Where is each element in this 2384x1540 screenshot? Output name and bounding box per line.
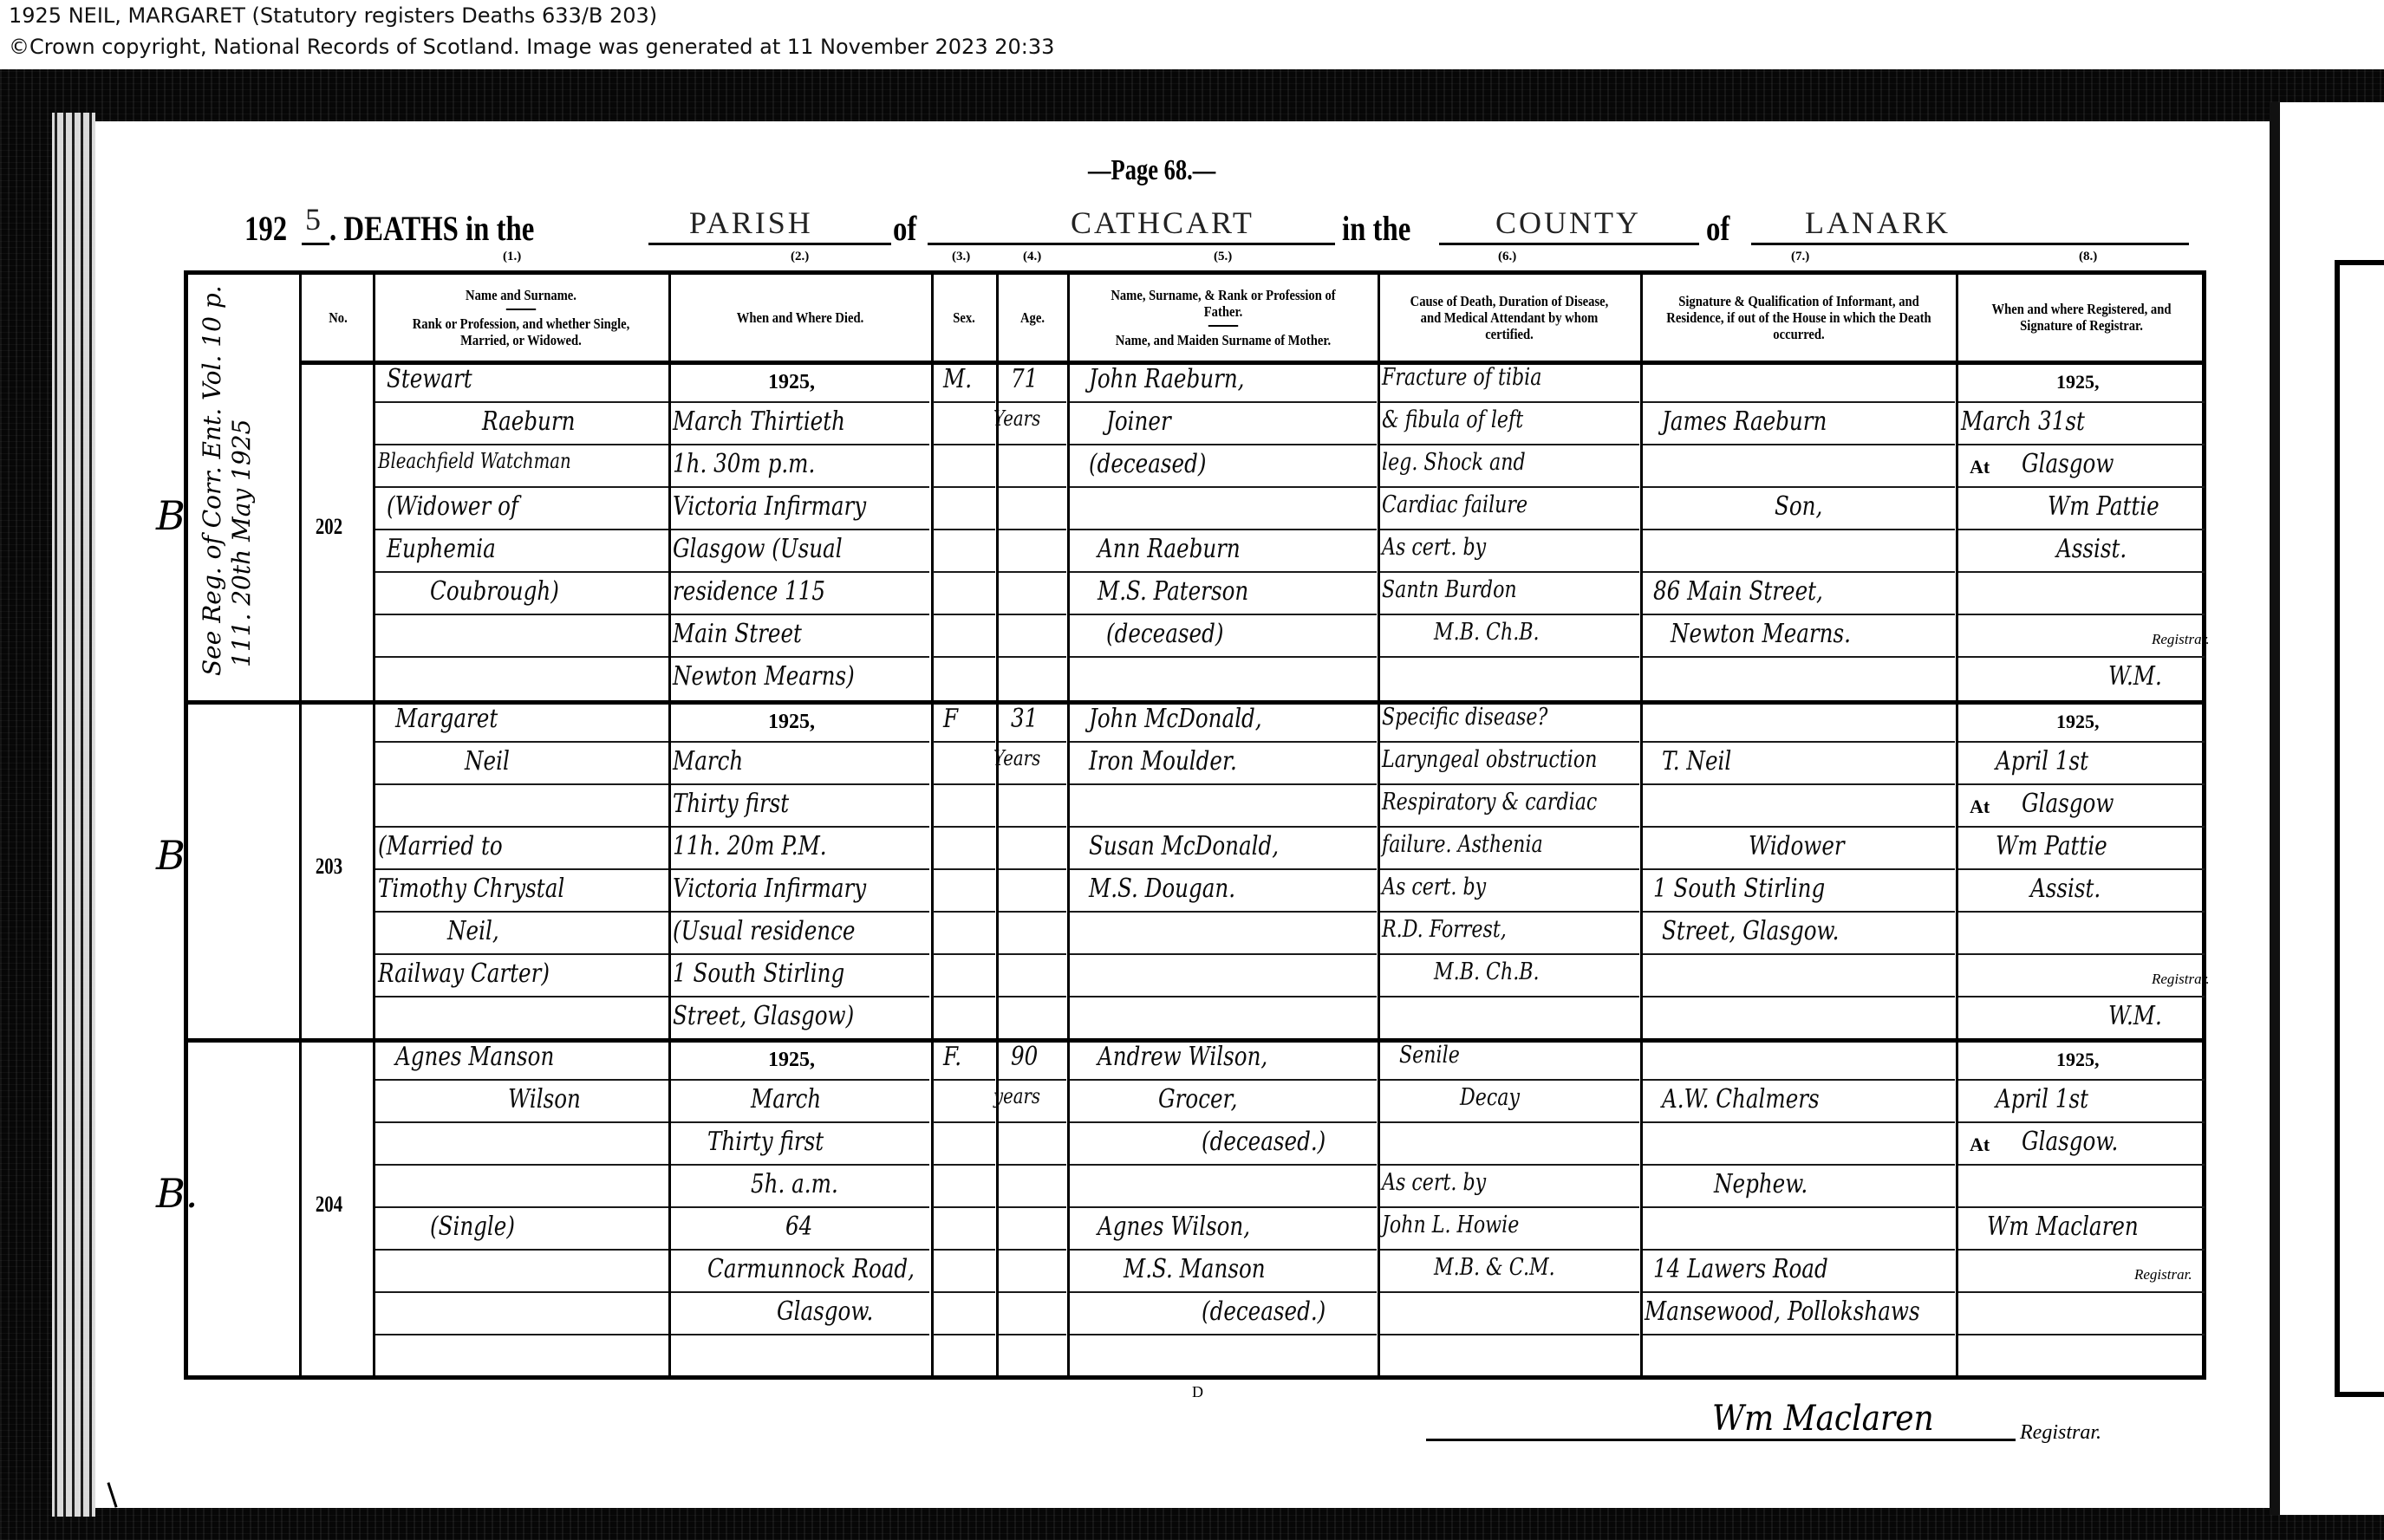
- col-divider: [931, 270, 934, 1380]
- registration-line: Registrar.: [2152, 631, 2210, 648]
- ruled-line: [999, 1079, 1066, 1081]
- header-cause: Cause of Death, Duration of Disease, and…: [1400, 276, 1619, 359]
- ruled-line: [1958, 1334, 2205, 1335]
- deceased-name-line: (Widower of: [387, 491, 518, 522]
- ruled-line: [375, 1121, 668, 1123]
- col-divider: [373, 270, 375, 1380]
- ruled-line: [1380, 783, 1639, 785]
- ruled-line: [933, 486, 995, 488]
- ruled-line: [933, 868, 995, 870]
- ruled-line: [1958, 741, 2205, 743]
- father-line: (deceased.): [1202, 1127, 1326, 1157]
- ruled-line: [1643, 911, 1955, 913]
- ruled-line: [1643, 953, 1955, 955]
- ruled-line: [1643, 486, 1955, 488]
- ruled-line: [999, 529, 1066, 530]
- ruled-line: [933, 911, 995, 913]
- column-number-4: (4.): [1023, 250, 1041, 264]
- ruled-line: [1070, 1164, 1377, 1166]
- ruled-line: [1380, 741, 1639, 743]
- ruled-line: [1070, 486, 1377, 488]
- informant-line: Son,: [1775, 491, 1822, 522]
- ruled-line: [933, 1121, 995, 1123]
- deceased-name-line: Neil: [465, 746, 510, 776]
- ruled-line: [999, 783, 1066, 785]
- father-line: (deceased): [1089, 449, 1206, 479]
- cause-of-death-line: Laryngeal obstruction: [1382, 746, 1597, 773]
- ruled-line: [671, 911, 929, 913]
- ruled-line: [1643, 1291, 1955, 1293]
- ruled-line: [1070, 444, 1377, 445]
- ruled-line: [1380, 868, 1639, 870]
- ruled-line: [671, 826, 929, 828]
- ruled-line: [999, 1164, 1066, 1166]
- ruled-line: [1958, 826, 2205, 828]
- mother-line: M.S. Manson: [1124, 1254, 1266, 1284]
- ruled-line: [1070, 614, 1377, 615]
- ruled-line: [1643, 529, 1955, 530]
- cause-of-death-line: Senile: [1399, 1042, 1460, 1069]
- district-type-underline: [648, 243, 891, 245]
- column-number-5: (5.): [1214, 250, 1232, 264]
- ruled-line: [1958, 571, 2205, 573]
- when-where-line: Thirty first: [673, 789, 789, 819]
- mother-line: Susan McDonald,: [1089, 831, 1279, 861]
- father-line: John Raeburn,: [1089, 364, 1245, 394]
- header-registered: When and where Registered, and Signature…: [1977, 276, 2185, 359]
- when-where-line: March Thirtieth: [673, 406, 845, 437]
- col-divider: [1640, 270, 1643, 1380]
- deceased-name-line: Margaret: [395, 704, 498, 734]
- signature-line: [1426, 1439, 2016, 1441]
- cause-of-death-line: R.D. Forrest,: [1382, 916, 1507, 943]
- ruled-line: [1643, 868, 1955, 870]
- column-number-8: (8.): [2079, 250, 2097, 264]
- district-name: CATHCART: [1071, 205, 1254, 241]
- mother-line: M.S. Paterson: [1098, 576, 1248, 607]
- col-divider: [1067, 270, 1070, 1380]
- ruled-line: [1643, 1206, 1955, 1208]
- ruled-line: [1643, 1164, 1955, 1166]
- registration-line: Glasgow: [2022, 449, 2114, 479]
- ruled-line: [1958, 1206, 2205, 1208]
- when-where-line: 1925,: [768, 371, 815, 394]
- ruled-line: [1380, 444, 1639, 445]
- informant-line: T. Neil: [1662, 746, 1731, 776]
- ruled-line: [1958, 614, 2205, 615]
- cause-of-death-line: As cert. by: [1382, 874, 1486, 900]
- when-where-line: 11h. 20m P.M.: [673, 831, 827, 861]
- ruled-line: [933, 996, 995, 997]
- ruled-line: [933, 1291, 995, 1293]
- ruled-line: [671, 1121, 929, 1123]
- ruled-line: [1380, 1121, 1639, 1123]
- ruled-line: [375, 571, 668, 573]
- registration-line: 1925,: [2056, 371, 2100, 393]
- age-unit: Years: [993, 406, 1040, 431]
- binding-edge: [52, 113, 95, 1517]
- header-name: Name and Surname.Rank or Profession, and…: [398, 276, 644, 359]
- informant-line: Mansewood, Pollokshaws: [1645, 1296, 1920, 1327]
- ruled-line: [1070, 656, 1377, 658]
- when-where-line: Newton Mearns): [673, 661, 855, 692]
- ruled-line: [1070, 741, 1377, 743]
- ruled-line: [671, 571, 929, 573]
- when-where-line: 1925,: [768, 711, 815, 734]
- margin-initial-mark: B: [156, 492, 186, 539]
- column-number-6: (6.): [1498, 250, 1516, 264]
- cause-of-death-line: Decay: [1460, 1084, 1520, 1111]
- ruled-line: [671, 614, 929, 615]
- ruled-line: [1958, 1291, 2205, 1293]
- ruled-line: [1958, 529, 2205, 530]
- ruled-line: [1380, 1334, 1639, 1335]
- deceased-name-line: Coubrough): [430, 576, 559, 607]
- age-value: 90: [1011, 1042, 1038, 1072]
- heading-of-2: of: [1706, 208, 1729, 249]
- informant-line: 86 Main Street,: [1653, 576, 1823, 607]
- ruled-line: [1070, 911, 1377, 913]
- ruled-line: [375, 444, 668, 445]
- ruled-line: [671, 444, 929, 445]
- ruled-line: [1643, 783, 1955, 785]
- registration-line: Assist.: [2030, 874, 2101, 904]
- header-age: Age.: [1005, 276, 1060, 359]
- ruled-line: [999, 1249, 1066, 1251]
- ruled-line: [999, 571, 1066, 573]
- deceased-name-line: Agnes Manson: [395, 1042, 554, 1072]
- deceased-name-line: (Single): [430, 1212, 515, 1242]
- ruled-line: [1070, 401, 1377, 403]
- ruled-line: [1070, 571, 1377, 573]
- ruled-line: [1958, 444, 2205, 445]
- registration-line: At: [1970, 796, 1990, 818]
- sex-value: F: [943, 704, 958, 734]
- ruled-line: [375, 486, 668, 488]
- ruled-line: [933, 1249, 995, 1251]
- father-line: Grocer,: [1158, 1084, 1237, 1114]
- cause-of-death-line: Respiratory & cardiac: [1382, 789, 1597, 815]
- cause-of-death-line: Specific disease?: [1382, 704, 1547, 731]
- ruled-line: [375, 1249, 668, 1251]
- ruled-line: [1070, 868, 1377, 870]
- heading-deaths: . DEATHS in the: [329, 208, 534, 249]
- ruled-line: [375, 1206, 668, 1208]
- year-prefix: 192: [244, 208, 287, 249]
- deceased-name-line: Wilson: [508, 1084, 581, 1114]
- deceased-name-line: (Married to: [378, 831, 503, 861]
- ruled-line: [375, 401, 668, 403]
- ruled-line: [1643, 741, 1955, 743]
- ruled-line: [671, 401, 929, 403]
- informant-line: 14 Lawers Road: [1653, 1254, 1828, 1284]
- registration-line: Wm Maclaren: [1987, 1212, 2139, 1242]
- ruled-line: [1958, 656, 2205, 658]
- cause-of-death-line: failure. Asthenia: [1382, 831, 1543, 858]
- ruled-line: [671, 529, 929, 530]
- informant-line: A.W. Chalmers: [1662, 1084, 1820, 1114]
- registration-line: April 1st: [1996, 746, 2088, 776]
- ruled-line: [375, 1079, 668, 1081]
- when-where-line: (Usual residence: [673, 916, 855, 946]
- ruled-line: [1643, 444, 1955, 445]
- county-type-underline: [1439, 243, 1699, 245]
- column-number-1: (1.): [503, 250, 521, 264]
- when-where-line: Victoria Infirmary: [673, 491, 866, 522]
- col-divider: [1956, 270, 1958, 1380]
- col-divider: [996, 270, 999, 1380]
- ruled-line: [1958, 1249, 2205, 1251]
- district-name-underline: [928, 243, 1335, 245]
- ruled-line: [375, 826, 668, 828]
- age-value: 31: [1011, 704, 1038, 734]
- ruled-line: [933, 444, 995, 445]
- ruled-line: [1958, 1121, 2205, 1123]
- copyright-notice: ©Crown copyright, National Records of Sc…: [9, 35, 1054, 59]
- ruled-line: [671, 953, 929, 955]
- ruled-line: [1380, 656, 1639, 658]
- ruled-line: [1643, 1121, 1955, 1123]
- father-line: Joiner: [1106, 406, 1171, 437]
- ruled-line: [1643, 1249, 1955, 1251]
- district-type: PARISH: [689, 205, 813, 241]
- ruled-line: [1380, 953, 1639, 955]
- ruled-line: [1958, 868, 2205, 870]
- ruled-line: [933, 1334, 995, 1335]
- ruled-line: [1070, 953, 1377, 955]
- ruled-line: [1643, 826, 1955, 828]
- ruled-line: [671, 1206, 929, 1208]
- ruled-line: [1643, 571, 1955, 573]
- ruled-line: [999, 911, 1066, 913]
- ruled-line: [1958, 953, 2205, 955]
- father-line: Andrew Wilson,: [1098, 1042, 1267, 1072]
- ruled-line: [671, 1291, 929, 1293]
- mother-line: M.S. Dougan.: [1089, 874, 1235, 904]
- ruled-line: [375, 529, 668, 530]
- when-where-line: 64: [785, 1212, 812, 1242]
- cause-of-death-line: M.B. Ch.B.: [1434, 958, 1540, 985]
- header-when-where: When and Where Died.: [691, 276, 910, 359]
- ruled-line: [671, 996, 929, 997]
- registration-line: March 31st: [1961, 406, 2085, 437]
- ruled-line: [1380, 911, 1639, 913]
- informant-line: James Raeburn: [1662, 406, 1827, 437]
- deceased-name-line: Railway Carter): [378, 958, 550, 989]
- ruled-line: [1380, 571, 1639, 573]
- registration-line: April 1st: [1996, 1084, 2088, 1114]
- cause-of-death-line: As cert. by: [1382, 1169, 1486, 1196]
- ruled-line: [1070, 1206, 1377, 1208]
- ruled-line: [999, 1334, 1066, 1335]
- margin-initial-mark: B.: [156, 1170, 198, 1217]
- ruled-line: [999, 741, 1066, 743]
- ruled-line: [999, 1206, 1066, 1208]
- cause-of-death-line: & fibula of left: [1382, 406, 1523, 433]
- record-number: 203: [316, 854, 342, 880]
- ruled-line: [999, 486, 1066, 488]
- header-sex: Sex.: [939, 276, 989, 359]
- when-where-line: Main Street: [673, 619, 802, 649]
- informant-line: Newton Mearns.: [1671, 619, 1851, 649]
- informant-line: Widower: [1749, 831, 1845, 861]
- ruled-line: [1380, 401, 1639, 403]
- ruled-line: [933, 614, 995, 615]
- ruled-line: [999, 614, 1066, 615]
- ruled-line: [1958, 1164, 2205, 1166]
- cause-of-death-line: M.B. & C.M.: [1434, 1254, 1555, 1281]
- ruled-line: [999, 868, 1066, 870]
- ruled-line: [933, 1206, 995, 1208]
- record-number: 202: [316, 514, 342, 540]
- ruled-line: [375, 614, 668, 615]
- registration-line: 1925,: [2056, 711, 2100, 733]
- year-suffix: 5: [305, 201, 323, 237]
- registration-line: W.M.: [2108, 661, 2162, 692]
- age-value: 71: [1011, 364, 1038, 394]
- when-where-line: Carmunnock Road,: [707, 1254, 915, 1284]
- ruled-line: [1643, 1334, 1955, 1335]
- ruled-line: [933, 826, 995, 828]
- deceased-name-line: Bleachfield Watchman: [378, 449, 571, 473]
- registration-line: Wm Pattie: [2048, 491, 2159, 522]
- ruled-line: [375, 1164, 668, 1166]
- ruled-line: [671, 783, 929, 785]
- mother-line: (deceased.): [1202, 1296, 1326, 1327]
- col-divider: [299, 270, 302, 1380]
- header-informant: Signature & Qualification of Informant, …: [1666, 276, 1931, 359]
- header-parents: Name, Surname, & Rank or Profession of F…: [1093, 276, 1354, 359]
- ruled-line: [671, 1334, 929, 1335]
- record-title: 1925 NEIL, MARGARET (Statutory registers…: [9, 3, 657, 28]
- ruled-line: [999, 953, 1066, 955]
- ruled-line: [1380, 1206, 1639, 1208]
- ruled-line: [933, 953, 995, 955]
- ruled-line: [933, 783, 995, 785]
- when-where-line: Street, Glasgow): [673, 1001, 854, 1031]
- informant-line: Nephew.: [1714, 1169, 1808, 1199]
- facing-page-table-edge: [2335, 260, 2384, 1397]
- informant-line: Street, Glasgow.: [1662, 916, 1839, 946]
- ruled-line: [933, 401, 995, 403]
- cause-of-death-line: M.B. Ch.B.: [1434, 619, 1540, 646]
- registration-line: Glasgow: [2022, 789, 2114, 819]
- father-line: Iron Moulder.: [1089, 746, 1237, 776]
- registration-line: At: [1970, 1134, 1990, 1156]
- when-where-line: Glasgow (Usual: [673, 534, 843, 564]
- ruled-line: [671, 656, 929, 658]
- ruled-line: [1643, 656, 1955, 658]
- ruled-line: [1380, 826, 1639, 828]
- county-type: COUNTY: [1495, 205, 1641, 241]
- ruled-line: [671, 741, 929, 743]
- deceased-name-line: Neil,: [447, 916, 499, 946]
- cause-of-death-line: As cert. by: [1382, 534, 1486, 561]
- ruled-line: [1380, 614, 1639, 615]
- registrar-label: Registrar.: [2020, 1421, 2101, 1445]
- ruled-line: [375, 741, 668, 743]
- deceased-name-line: Stewart: [387, 364, 472, 394]
- when-where-line: Glasgow.: [777, 1296, 873, 1327]
- when-where-line: March: [751, 1084, 821, 1114]
- cause-of-death-line: Santn Burdon: [1382, 576, 1517, 603]
- ruled-line: [999, 996, 1066, 997]
- heading-of-1: of: [893, 208, 916, 249]
- informant-line: 1 South Stirling: [1653, 874, 1825, 904]
- column-number-2: (2.): [791, 250, 809, 264]
- ruled-line: [1958, 401, 2205, 403]
- cause-of-death-line: Fracture of tibia: [1382, 364, 1541, 391]
- ruled-line: [671, 1079, 929, 1081]
- cause-of-death-line: Cardiac failure: [1382, 491, 1527, 518]
- registrar-signature: Wm Maclaren: [1712, 1399, 1934, 1439]
- mother-line: Ann Raeburn: [1098, 534, 1241, 564]
- record-number: 204: [316, 1192, 342, 1218]
- page-number: —Page 68.—: [1088, 154, 1215, 187]
- ruled-line: [1070, 529, 1377, 530]
- ruled-line: [1070, 996, 1377, 997]
- father-line: John McDonald,: [1089, 704, 1262, 734]
- when-where-line: Victoria Infirmary: [673, 874, 866, 904]
- ruled-line: [1958, 911, 2205, 913]
- sex-value: M.: [943, 364, 972, 394]
- deceased-name-line: Timothy Chrystal: [378, 874, 564, 904]
- age-unit: years: [993, 1084, 1040, 1108]
- when-where-line: 1925,: [768, 1049, 815, 1072]
- ruled-line: [1070, 1079, 1377, 1081]
- registration-line: 1925,: [2056, 1049, 2100, 1071]
- registration-line: Assist.: [2056, 534, 2127, 564]
- ruled-line: [1958, 486, 2205, 488]
- bottom-mark: D: [1192, 1383, 1203, 1401]
- ruled-line: [999, 656, 1066, 658]
- ruled-line: [933, 741, 995, 743]
- ruled-line: [375, 996, 668, 997]
- registration-line: Registrar.: [2152, 971, 2210, 988]
- ruled-line: [1380, 996, 1639, 997]
- deceased-name-line: Euphemia: [387, 534, 496, 564]
- ruled-line: [671, 1164, 929, 1166]
- ruled-line: [1958, 1079, 2205, 1081]
- margin-correction-note: See Reg. of Corr. Ent. Vol. 10 p. 111. 2…: [198, 285, 257, 676]
- ruled-line: [933, 1079, 995, 1081]
- cause-of-death-line: John L. Howie: [1382, 1212, 1519, 1238]
- when-where-line: March: [673, 746, 743, 776]
- registration-line: At: [1970, 456, 1990, 478]
- column-number-7: (7.): [1791, 250, 1809, 264]
- margin-initial-mark: B: [156, 832, 186, 879]
- col-divider: [668, 270, 671, 1380]
- sex-value: F.: [943, 1042, 961, 1072]
- ruled-line: [1958, 996, 2205, 997]
- registration-line: W.M.: [2108, 1001, 2162, 1031]
- ruled-line: [1643, 1079, 1955, 1081]
- when-where-line: 1 South Stirling: [673, 958, 844, 989]
- ruled-line: [1958, 783, 2205, 785]
- cause-of-death-line: leg. Shock and: [1382, 449, 1526, 476]
- ruled-line: [999, 826, 1066, 828]
- ruled-line: [375, 1291, 668, 1293]
- ruled-line: [1070, 826, 1377, 828]
- ruled-line: [375, 1334, 668, 1335]
- ruled-line: [1070, 783, 1377, 785]
- age-unit: Years: [993, 746, 1040, 770]
- ruled-line: [1070, 1334, 1377, 1335]
- ruled-line: [999, 1121, 1066, 1123]
- ruled-line: [999, 1291, 1066, 1293]
- ruled-line: [1643, 614, 1955, 615]
- year-underline: [302, 243, 329, 245]
